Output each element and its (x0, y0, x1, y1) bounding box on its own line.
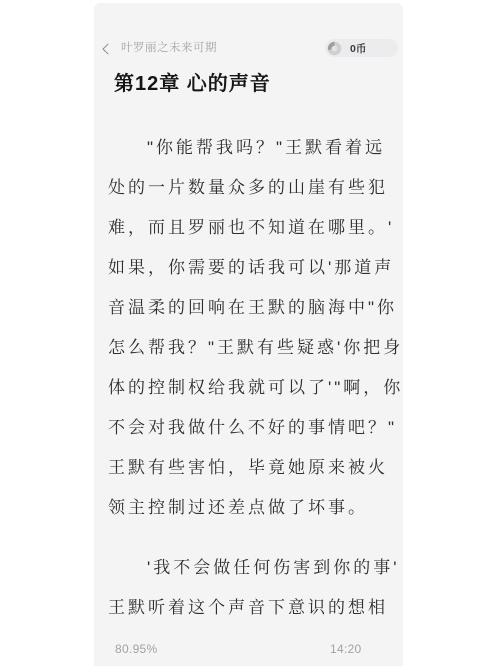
coin-icon (327, 41, 342, 56)
text-line: 体的控制权给我就可以了'"啊，你 (108, 368, 389, 408)
text-line: 王默有些害怕，毕竟她原来被火 (108, 448, 389, 488)
paragraph: '我不会做任何伤害到你的事'王默听着这个声音下意识的想相 (108, 548, 389, 628)
clock: 14:20 (330, 642, 362, 656)
coin-badge-label: 0币 (350, 41, 366, 56)
text-line: 怎么帮我？"王默有些疑惑'你把身 (108, 328, 389, 368)
text-line: '我不会做任何伤害到你的事' (108, 548, 389, 588)
text-line: 领主控制过还差点做了坏事。 (108, 488, 389, 528)
reader-body[interactable]: "你能帮我吗？"王默看着远处的一片数量众多的山崖有些犯难，而且罗丽也不知道在哪里… (108, 128, 389, 648)
coin-badge[interactable]: 0币 (325, 39, 398, 57)
reader-page: 叶罗丽之未来可期 0币 第12章 心的声音 "你能帮我吗？"王默看着远处的一片数… (94, 3, 403, 666)
chapter-title: 第12章 心的声音 (114, 71, 271, 97)
text-line: 处的一片数量众多的山崖有些犯 (108, 168, 389, 208)
book-title: 叶罗丽之未来可期 (121, 39, 217, 55)
text-line: 王默听着这个声音下意识的想相 (108, 588, 389, 628)
canvas: 叶罗丽之未来可期 0币 第12章 心的声音 "你能帮我吗？"王默看着远处的一片数… (0, 0, 500, 666)
reader-footer: 80.95% 14:20 (94, 642, 403, 660)
text-line: 如果，你需要的话我可以'那道声 (108, 248, 389, 288)
text-line: 不会对我做什么不好的事情吧？" (108, 408, 389, 448)
back-button[interactable] (104, 37, 112, 59)
text-line: 难，而且罗丽也不知道在哪里。' (108, 208, 389, 248)
reading-progress: 80.95% (115, 642, 158, 656)
text-line: 音温柔的回响在王默的脑海中"你 (108, 288, 389, 328)
text-line: "你能帮我吗？"王默看着远 (108, 128, 389, 168)
nav-bar: 叶罗丽之未来可期 0币 (94, 37, 403, 59)
paragraph: "你能帮我吗？"王默看着远处的一片数量众多的山崖有些犯难，而且罗丽也不知道在哪里… (108, 128, 389, 528)
chevron-left-icon (102, 43, 113, 54)
